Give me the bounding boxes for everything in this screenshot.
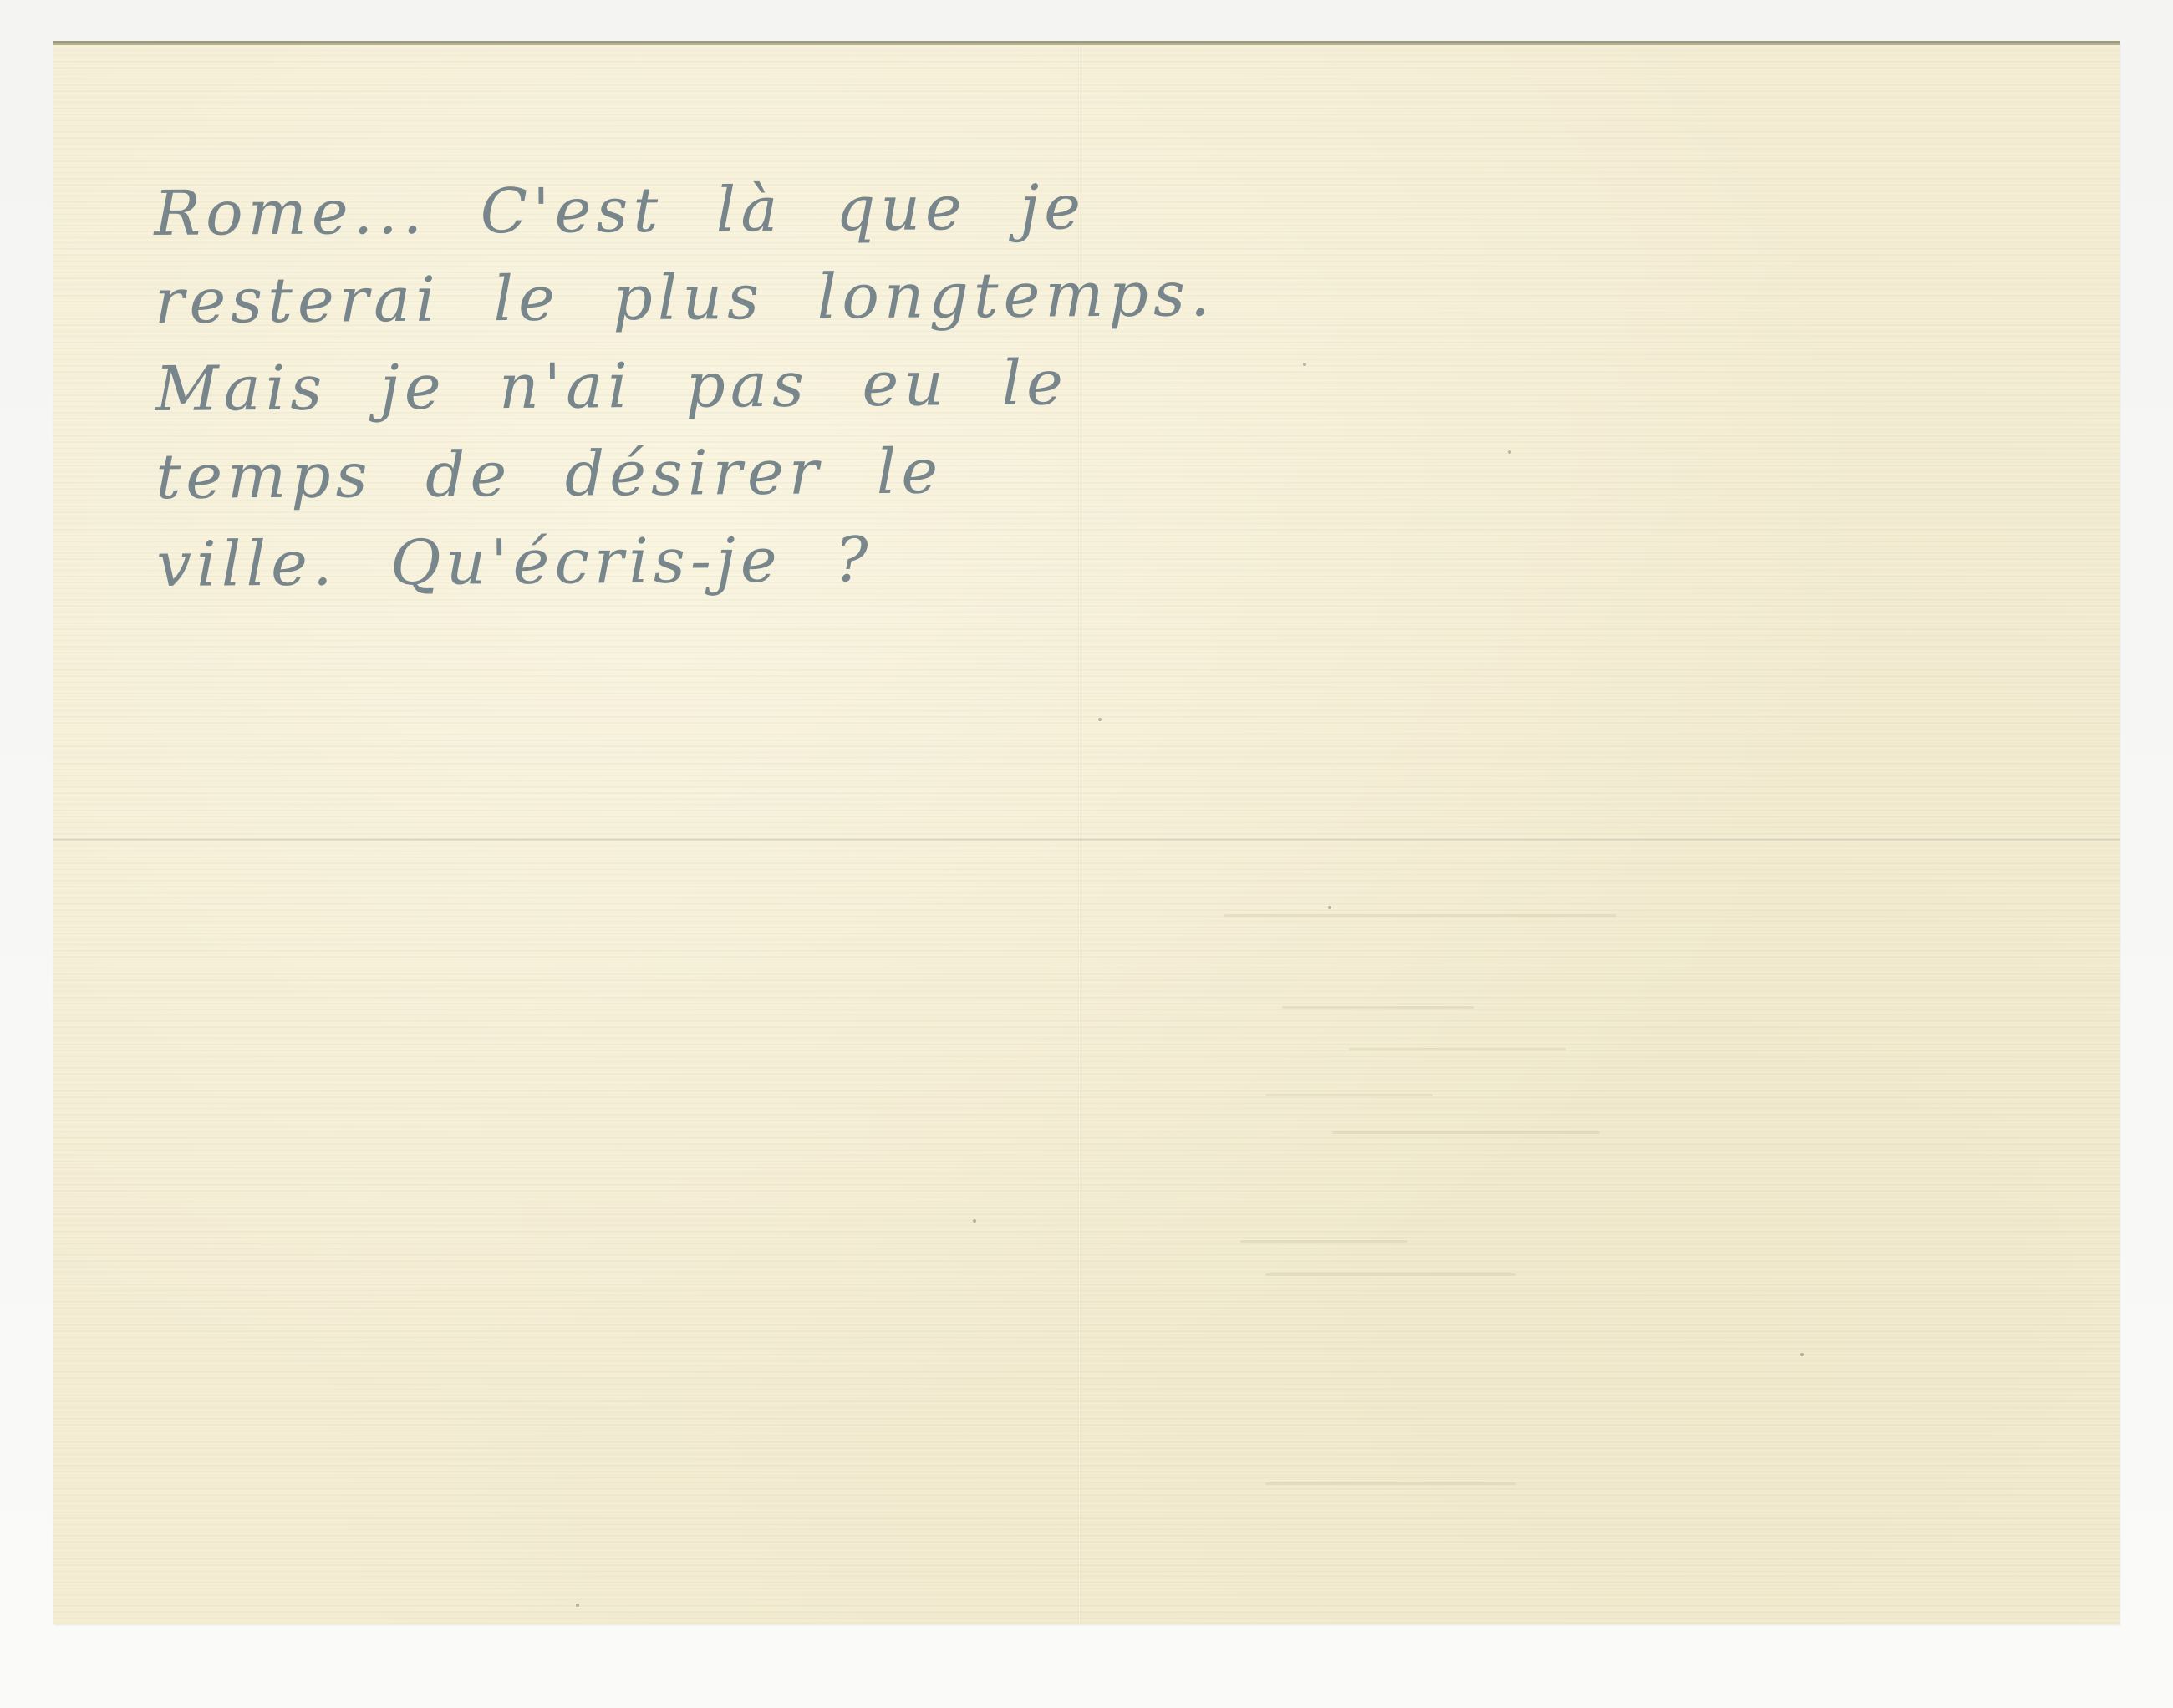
- paper-speck: [1508, 450, 1511, 454]
- ink-show-through: [1332, 1131, 1600, 1134]
- horizontal-fold-line: [53, 837, 2120, 841]
- paper-speck: [1800, 1353, 1804, 1356]
- paper-speck: [1328, 906, 1331, 909]
- paper-speck: [1303, 363, 1306, 366]
- handwritten-line-4: temps de désirer le: [155, 427, 1092, 521]
- scan-background: Rome... C'est là que je resterai le plus…: [0, 0, 2173, 1708]
- letter-sheet: Rome... C'est là que je resterai le plus…: [53, 43, 2120, 1624]
- ink-show-through: [1265, 1094, 1433, 1096]
- ink-show-through: [1282, 1006, 1474, 1009]
- ink-show-through: [1265, 1273, 1516, 1276]
- handwritten-line-1: Rome... C'est là que je: [154, 164, 1091, 258]
- handwritten-line-5: ville. Qu'écris-je ?: [156, 515, 1093, 609]
- ink-show-through: [1224, 914, 1616, 917]
- paper-speck: [1098, 718, 1102, 721]
- handwritten-line-2: resterai le plus longtemps.: [155, 252, 1092, 346]
- ink-show-through: [1265, 1482, 1516, 1485]
- handwritten-text: Rome... C'est là que je resterai le plus…: [154, 164, 1093, 609]
- paper-speck: [973, 1219, 976, 1223]
- ink-show-through: [1349, 1048, 1566, 1050]
- handwritten-line-3: Mais je n'ai pas eu le: [155, 339, 1092, 434]
- paper-speck: [576, 1604, 579, 1607]
- ink-show-through: [1240, 1240, 1407, 1243]
